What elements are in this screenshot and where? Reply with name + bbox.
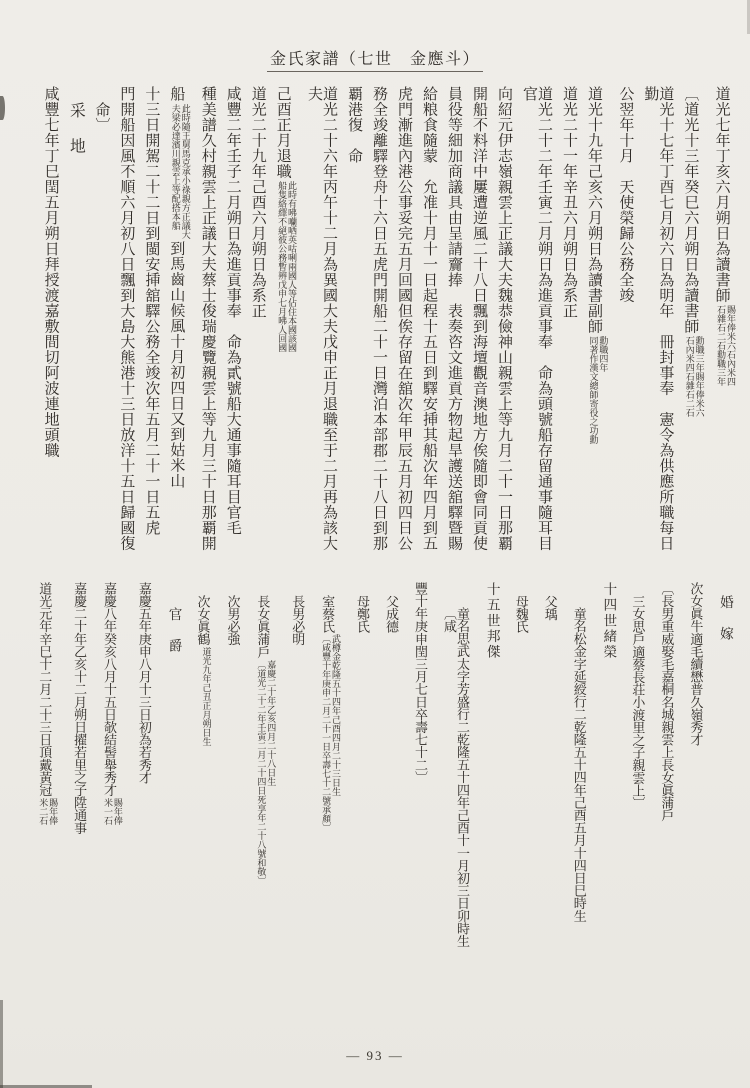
text-column: 咸豐二年壬子二月朔日為進貢事奉 命為貳號船大通事隨耳目官毛 bbox=[220, 86, 245, 566]
top-text-register: 道光七年丁亥六月朔日為讀書師賜年俸米六石內米四石雜石二石勳職三年〔道光十三年癸巳… bbox=[46, 86, 740, 566]
warichu-note: 賜年俸米一石 bbox=[102, 798, 122, 825]
section-header-column: 十四世緒榮 bbox=[594, 582, 624, 972]
page-title-text: 金氏家譜（七世 金應斗） bbox=[267, 51, 483, 72]
warichu-note: 道光九年己丑正月朔日生 bbox=[201, 647, 211, 746]
warichu-note: 此時隨王舅馬克承小祿親方正議大夫梁必達濱川親雲上等配搭本船 bbox=[170, 104, 190, 239]
bottom-text-register: 婚 嫁次女眞牛適毛續懋普久嶺秀才〔長男重威娶毛嘉桐名城親雲上長女眞蒲戶三女思戶適… bbox=[46, 582, 740, 972]
warichu-note-line: 〔咸豐十年庚申二月二十一日卒壽七十二號承顏〕 bbox=[320, 634, 330, 832]
text-column: 童名思武太字芳盛行二乾隆五十四年己酉十一月初三日卯時生〔咸 bbox=[435, 582, 477, 972]
column-text: 官 爵 bbox=[167, 607, 182, 654]
column-text: 向紹元伊志嶺親雲上正議大夫魏恭儉神山親雲上等九月二十一日那覇 bbox=[496, 86, 512, 551]
text-column: 道光七年丁亥六月朔日為讀書師賜年俸米六石內米四石雜石二石勳職三年 bbox=[709, 86, 740, 566]
column-text: 覇港復 命 bbox=[346, 86, 362, 164]
text-column: 室蔡氏武樽金乾隆五十四年己酉四月二十三日生〔咸豐十年庚申二月二十一日卒壽七十二號… bbox=[312, 582, 348, 972]
column-text: 給粮食隨蒙 允准十月十一日起程十五日到驛安挿其船次年四月到五 bbox=[421, 86, 437, 551]
text-column: 覇港復 命 bbox=[341, 86, 366, 566]
column-text: 嘉慶二十年乙亥十二月朔日擢若里之子陞通事 bbox=[72, 582, 87, 834]
column-text: 長男必明 bbox=[290, 595, 305, 645]
warichu-note-line: 米一石 bbox=[102, 798, 112, 825]
warichu-note: 賜年俸米二石 bbox=[37, 798, 57, 825]
column-text: 咸豐七年丁巳閏五月朔日拜授渡嘉敷間切阿波連地頭職 bbox=[43, 86, 59, 458]
column-text: 母魏氏 bbox=[514, 595, 529, 633]
column-text: 十四世緒榮 bbox=[601, 582, 616, 660]
text-column: 船此時隨王舅馬克承小祿親方正議大夫梁必達濱川親雲上等配搭本船到馬齒山候風十月初四… bbox=[163, 86, 194, 566]
warichu-note-line: 賜年俸 bbox=[47, 798, 57, 825]
text-column: 道光二十二年壬寅二月朔日為進貢事奉 命為頭號船存留通事隨耳目官 bbox=[516, 86, 556, 566]
warichu-note-line: 武樽金乾隆五十四年己酉四月二十三日生 bbox=[330, 634, 340, 832]
warichu-note: 勳職三年賜年俸米六石內米四石雜石二石 bbox=[684, 336, 704, 417]
column-text: 長女眞蒲戶 bbox=[255, 595, 270, 658]
column-text: 命〕 bbox=[93, 102, 109, 133]
section-header-column: 官 爵 bbox=[159, 582, 189, 972]
text-column: 命〕 bbox=[88, 86, 113, 566]
warichu-note-line: 〔道光二十二年壬寅二月二十四日死享年二十八號和敬〕 bbox=[255, 660, 265, 885]
text-column: 父瑀 bbox=[536, 582, 565, 972]
column-text: 豐十年庚申閏三月七日卒壽七十二〕 bbox=[413, 582, 428, 784]
column-text: 道光二十二年壬寅二月朔日為進貢事奉 命為頭號船存留通事隨耳目官 bbox=[521, 86, 552, 551]
text-column: 門開船因風不順六月初八日飄到大島大熊港十三日放洋十五日歸國復 bbox=[113, 86, 138, 566]
text-column: 開船不料洋中屢遭逆風二十八日飄到海壇觀音澳地方俟隨即會同貢使 bbox=[466, 86, 491, 566]
section-header-column: 采 地 bbox=[63, 86, 89, 566]
warichu-note-line: 賜年俸 bbox=[112, 798, 122, 825]
column-text: 道光二十九年己酉六月朔日為系正 bbox=[250, 86, 266, 319]
text-column: 父成德 bbox=[377, 582, 406, 972]
text-column: 母鄭氏 bbox=[348, 582, 377, 972]
text-column: 道光十九年己亥六月朔日為讀書副師勳職四年同著作漢文總師寄役之功勳 bbox=[581, 86, 612, 566]
warichu-note-line: 同著作漢文總師寄役之功勳 bbox=[588, 336, 598, 444]
text-column: 嘉慶八年癸亥八月十五日欹結髻舉秀才賜年俸米一石 bbox=[94, 582, 130, 972]
column-text: 嘉慶五年庚申八月十三日初為若秀才 bbox=[137, 582, 152, 784]
text-column: 十三日開駕二十二日到閩安挿舘驛公務全竣次年五月二十一日五虎 bbox=[138, 86, 163, 566]
column-text: 婚 嫁 bbox=[718, 595, 733, 642]
text-column: 道光二十一年辛丑六月朔日為系正 bbox=[556, 86, 581, 566]
text-column: 母魏氏 bbox=[507, 582, 536, 972]
column-text: 咸豐二年壬子二月朔日為進貢事奉 命為貳號船大通事隨耳目官毛 bbox=[225, 86, 241, 536]
column-text: 道光二十一年辛丑六月朔日為系正 bbox=[561, 86, 577, 319]
warichu-note-line: 夫梁必達濱川親雲上等配搭本船 bbox=[170, 104, 180, 239]
text-column: 道光二十六年丙午十二月為異國大夫戊申正月退職至于二月再為該大夫 bbox=[301, 86, 341, 566]
text-column: 童名松金字延綬行二乾隆五十四年己酉五月十四日巳時生 bbox=[565, 582, 594, 972]
page-number: — 93 — bbox=[0, 1048, 750, 1064]
text-column: 給粮食隨蒙 允准十月十一日起程十五日到驛安挿其船次年四月到五 bbox=[416, 86, 441, 566]
column-text: 到馬齒山候風十月初四日又到姑米山 bbox=[168, 241, 184, 489]
column-text: 母鄭氏 bbox=[355, 595, 370, 633]
column-text: 員役等細加商議具由呈請齎捧 表奏咨文進貢方物起旱護送舘驛暨賜 bbox=[446, 86, 462, 551]
warichu-note-line: 船隻絡繹不絕彼公務暫辨戊申七月咈人回國 bbox=[276, 181, 286, 352]
warichu-note-line: 勳職三年賜年俸米六 bbox=[694, 336, 704, 417]
section-header-column: 婚 嫁 bbox=[710, 582, 740, 972]
warichu-note-line: 米二石 bbox=[37, 798, 47, 825]
text-column: 向紹元伊志嶺親雲上正議大夫魏恭儉神山親雲上等九月二十一日那覇 bbox=[491, 86, 516, 566]
column-text: 虎門漸進內港公事妥完五月回國但俟存留在舘次年甲辰五月初四日公 bbox=[396, 86, 412, 551]
warichu-note-line: 此時隨王舅馬克承小祿親方正議大 bbox=[180, 104, 190, 239]
column-text: 〔長男重威娶毛嘉桐名城親雲上長女眞蒲戶 bbox=[659, 582, 674, 821]
warichu-note-line: 此時有咈囒哂英咕唎兩國人等佔住本國該國 bbox=[286, 181, 296, 352]
column-text: 次男必強 bbox=[225, 595, 240, 645]
column-text: 父成德 bbox=[384, 595, 399, 633]
text-column: 種美譜久村親雲上正議大夫蔡士俊瑞慶覽親雲上等九月三十日那覇開 bbox=[195, 86, 220, 566]
text-column: 豐十年庚申閏三月七日卒壽七十二〕 bbox=[406, 582, 435, 972]
column-text: 道光十七年丁酉七月初六日為明年 冊封事奉 憲令為供應所職每日勤 bbox=[642, 86, 673, 551]
text-column: 咸豐七年丁巳閏五月朔日拜授渡嘉敷間切阿波連地頭職 bbox=[38, 86, 63, 566]
column-text: 開船不料洋中屢遭逆風二十八日飄到海壇觀音澳地方俟隨即會同貢使 bbox=[471, 86, 487, 551]
text-column: 次男必強 bbox=[218, 582, 247, 972]
column-text: 道光十九年己亥六月朔日為讀書副師 bbox=[586, 86, 602, 334]
column-text: 道光七年丁亥六月朔日為讀書師 bbox=[714, 86, 730, 303]
scan-artifact bbox=[0, 1000, 3, 1088]
column-text: 采 地 bbox=[67, 102, 84, 155]
column-text: 次女眞牛適毛續懋普久嶺秀才 bbox=[688, 582, 703, 746]
warichu-note-line: 嘉慶二十年乙亥四月二十八日生 bbox=[265, 660, 275, 885]
text-column: 〔長男重威娶毛嘉桐名城親雲上長女眞蒲戶 bbox=[652, 582, 681, 972]
column-text: 己酉正月退職 bbox=[275, 86, 291, 179]
text-column: 次女眞牛適毛續懋普久嶺秀才 bbox=[681, 582, 710, 972]
scan-artifact bbox=[0, 96, 5, 120]
warichu-note-line: 賜年俸米六石內米四 bbox=[725, 305, 735, 386]
text-column: 〔道光十三年癸巳六月朔日為讀書師勳職三年賜年俸米六石內米四石雜石二石 bbox=[677, 86, 708, 566]
column-text: 道光二十六年丙午十二月為異國大夫戊申正月退職至于二月再為該大夫 bbox=[306, 86, 337, 551]
text-column: 次女眞鶴道光九年己丑正月朔日生 bbox=[189, 582, 219, 972]
text-column: 道光元年辛巳十二月二十三日頂戴黃冠賜年俸米二石 bbox=[29, 582, 65, 972]
text-column: 道光十七年丁酉七月初六日為明年 冊封事奉 憲令為供應所職每日勤 bbox=[637, 86, 677, 566]
text-column: 虎門漸進內港公事妥完五月回國但俟存留在舘次年甲辰五月初四日公 bbox=[391, 86, 416, 566]
text-column: 三女思戶適蔡長荘小渡里之子親雲上〕 bbox=[623, 582, 652, 972]
warichu-note: 此時有咈囒哂英咕唎兩國人等佔住本國該國船隻絡繹不絕彼公務暫辨戊申七月咈人回國 bbox=[276, 181, 296, 352]
text-column: 嘉慶二十年乙亥十二月朔日擢若里之子陞通事 bbox=[65, 582, 94, 972]
warichu-note: 勳職四年同著作漢文總師寄役之功勳 bbox=[588, 336, 608, 444]
section-header-column: 十五世邦傑 bbox=[477, 582, 507, 972]
text-column: 長女眞蒲戶嘉慶二十年乙亥四月二十八日生〔道光二十二年壬寅二月二十四日死享年二十八… bbox=[247, 582, 283, 972]
column-text: 十三日開駕二十二日到閩安挿舘驛公務全竣次年五月二十一日五虎 bbox=[143, 86, 159, 536]
column-text: 公翌年十月 天使榮歸公務全竣 bbox=[617, 86, 633, 303]
column-text: 務全竣離驛登舟十六日五虎門開船二十一日灣泊本部郡二十八日到那 bbox=[371, 86, 387, 551]
text-column: 公翌年十月 天使榮歸公務全竣 bbox=[612, 86, 637, 566]
warichu-note: 賜年俸米六石內米四石雜石二石勳職三年 bbox=[715, 305, 735, 386]
column-text: 父瑀 bbox=[543, 595, 558, 620]
text-column: 員役等細加商議具由呈請齎捧 表奏咨文進貢方物起旱護送舘驛暨賜 bbox=[441, 86, 466, 566]
warichu-note-line: 石雜石二石勳職三年 bbox=[715, 305, 725, 386]
text-column: 嘉慶五年庚申八月十三日初為若秀才 bbox=[130, 582, 159, 972]
page-title: 金氏家譜（七世 金應斗） bbox=[0, 46, 750, 69]
text-column: 長男必明 bbox=[283, 582, 312, 972]
column-text: 〔道光十三年癸巳六月朔日為讀書師 bbox=[682, 86, 698, 334]
text-column: 道光二十九年己酉六月朔日為系正 bbox=[245, 86, 270, 566]
column-text: 道光元年辛巳十二月二十三日頂戴黃冠 bbox=[37, 582, 52, 796]
column-text: 門開船因風不順六月初八日飄到大島大熊港十三日放洋十五日歸國復 bbox=[118, 86, 134, 551]
column-text: 室蔡氏 bbox=[320, 595, 335, 633]
warichu-note-line: 勳職四年 bbox=[597, 336, 607, 444]
column-text: 童名思武太字芳盛行二乾隆五十四年己酉十一月初三日卯時生〔咸 bbox=[442, 607, 470, 947]
column-text: 三女思戶適蔡長荘小渡里之子親雲上〕 bbox=[630, 595, 645, 809]
column-text: 次女眞鶴 bbox=[196, 595, 211, 645]
text-column: 務全竣離驛登舟十六日五虎門開船二十一日灣泊本部郡二十八日到那 bbox=[366, 86, 391, 566]
warichu-note-line: 道光九年己丑正月朔日生 bbox=[201, 647, 211, 746]
column-text: 種美譜久村親雲上正議大夫蔡士俊瑞慶覽親雲上等九月三十日那覇開 bbox=[200, 86, 216, 551]
warichu-note-line: 石內米四石雜石二石 bbox=[684, 336, 694, 417]
column-text: 十五世邦傑 bbox=[485, 582, 500, 660]
column-text: 童名松金字延綬行二乾隆五十四年己酉五月十四日巳時生 bbox=[572, 607, 587, 922]
column-text: 嘉慶八年癸亥八月十五日欹結髻舉秀才 bbox=[102, 582, 117, 796]
text-column: 己酉正月退職此時有咈囒哂英咕唎兩國人等佔住本國該國船隻絡繹不絕彼公務暫辨戊申七月… bbox=[270, 86, 301, 566]
warichu-note: 嘉慶二十年乙亥四月二十八日生〔道光二十二年壬寅二月二十四日死享年二十八號和敬〕 bbox=[255, 660, 275, 885]
warichu-note: 武樽金乾隆五十四年己酉四月二十三日生〔咸豐十年庚申二月二十一日卒壽七十二號承顏〕 bbox=[320, 634, 340, 832]
column-text: 船 bbox=[168, 86, 184, 102]
